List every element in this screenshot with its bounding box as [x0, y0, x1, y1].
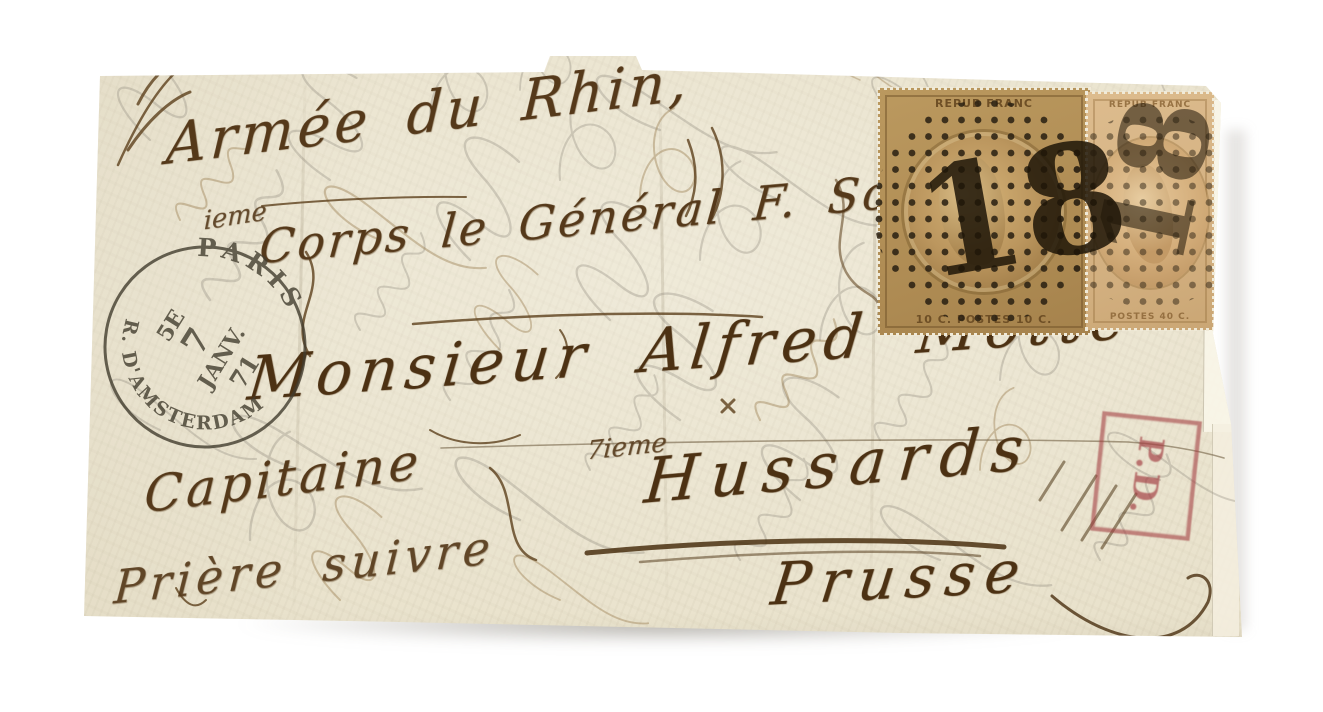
stamp-top-inscription: REPUB FRANC [1086, 100, 1214, 110]
stamp-40c: REPUB FRANC POSTES 40 C. [1086, 92, 1214, 330]
stamp-bottom-inscription: POSTES 40 C. [1086, 312, 1214, 322]
photo-of-postal-cover: Armée du Rhin, ieme Corps le Général F. … [0, 0, 1323, 712]
stamp-10c-ceres: REPUB FRANC 10 C. POSTES 10 C. [878, 88, 1090, 335]
red-pd-label: P.D. [1121, 434, 1172, 519]
address-line-corps: Corps le Général F. Schm [257, 158, 972, 275]
address-line-armee: Armée du Rhin, [165, 48, 693, 178]
postmark-city: PARIS [185, 230, 321, 324]
svg-text:PARIS: PARIS [185, 230, 321, 324]
forwarding-note: Prière suivre [112, 520, 497, 615]
stamp-bottom-inscription: 10 C. POSTES 10 C. [878, 313, 1090, 326]
stamp-top-inscription: REPUB FRANC [878, 97, 1090, 110]
paris-datestamp: PARIS R. D'AMSTERDAM 5E 7 JANV. 71 [88, 230, 322, 464]
red-pd-handstamp: P.D. [1090, 411, 1202, 541]
address-line-regiment: Hussards [642, 410, 1039, 518]
address-line-country: Prusse [768, 536, 1034, 618]
envelope: Armée du Rhin, ieme Corps le Général F. … [0, 0, 1323, 712]
